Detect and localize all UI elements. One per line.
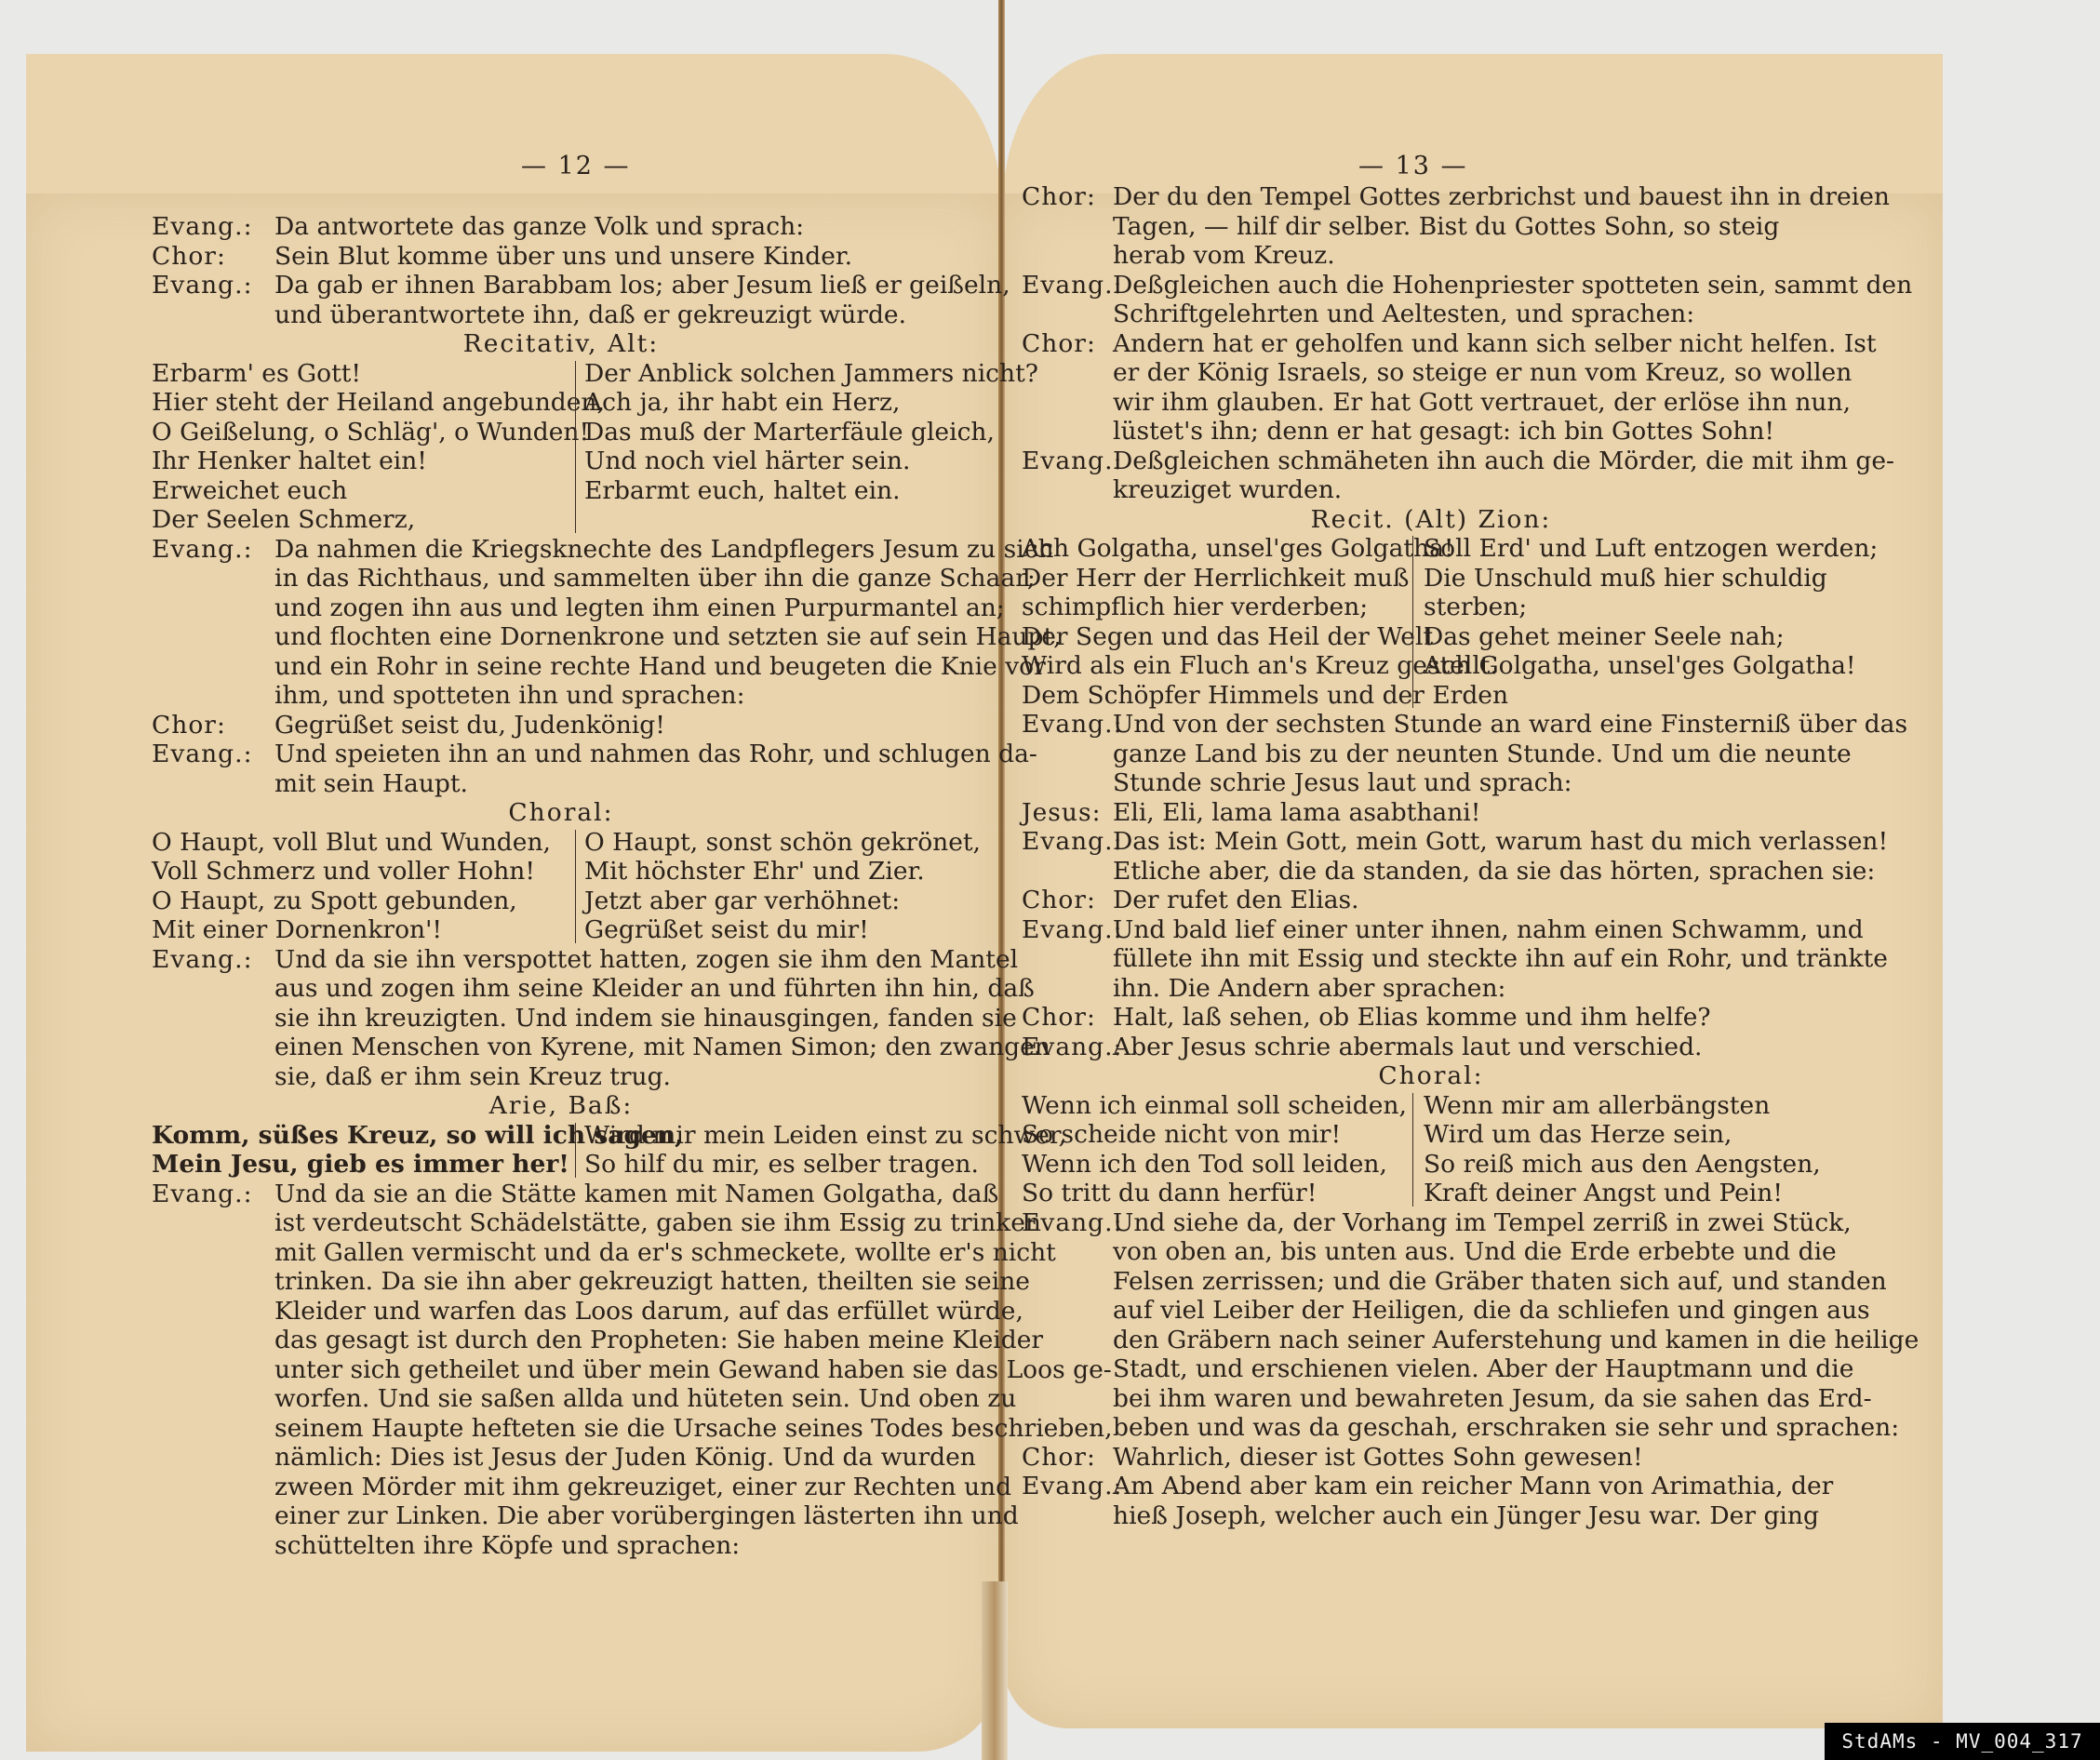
text-line: Evang.:Deßgleichen auch die Hohenprieste…	[1022, 271, 1840, 300]
two-column-verse: Ach Golgatha, unsel'ges Golgatha!Der Her…	[1022, 534, 1840, 710]
archive-watermark: StdAMs - MV_004_317	[1825, 1723, 2100, 1760]
line-text: Etliche aber, die da standen, da sie das…	[1113, 857, 1875, 887]
page-number-left: — 12 —	[521, 152, 631, 180]
section-heading: Recitativ, Alt:	[152, 329, 970, 359]
line-text: Und da sie an die Stätte kamen mit Namen…	[274, 1180, 998, 1209]
book-spine-bottom	[982, 1581, 1008, 1760]
text-line: zween Mörder mit ihm gekreuziget, einer …	[152, 1473, 970, 1502]
line-text: Das ist: Mein Gott, mein Gott, warum has…	[1113, 827, 1888, 857]
line-text: Aber Jesus schrie abermals laut und vers…	[1113, 1033, 1702, 1062]
verse-line: Mit höchster Ehr' und Zier.	[584, 857, 981, 887]
line-text: einen Menschen von Kyrene, mit Namen Sim…	[274, 1033, 1050, 1062]
text-line: beben und was da geschah, erschraken sie…	[1022, 1413, 1840, 1443]
text-line: Evang.:Und siehe da, der Vorhang im Temp…	[1022, 1208, 1840, 1238]
verse-left-column: Erbarm' es Gott!Hier steht der Heiland a…	[152, 359, 605, 535]
line-text: Wahrlich, dieser ist Gottes Sohn gewesen…	[1113, 1443, 1643, 1473]
column-divider	[575, 830, 576, 943]
line-text: Und speieten ihn an und nahmen das Rohr,…	[274, 740, 1037, 769]
verse-line: Dem Schöpfer Himmels und der Erden	[1022, 681, 1508, 711]
line-text: Und siehe da, der Vorhang im Tempel zerr…	[1113, 1208, 1852, 1238]
speaker-label: Evang.:	[1022, 447, 1123, 476]
line-text: aus und zogen ihm seine Kleider an und f…	[274, 974, 1035, 1004]
verse-line: Gegrüßet seist du mir!	[584, 915, 981, 945]
verse-line: Jetzt aber gar verhöhnet:	[584, 887, 981, 916]
verse-line: Der Seelen Schmerz,	[152, 505, 605, 535]
speaker-label: Jesus:	[1022, 798, 1102, 828]
text-line: ganze Land bis zu der neunten Stunde. Un…	[1022, 740, 1840, 769]
speaker-label: Evang.:	[1022, 827, 1123, 857]
text-line: seinem Haupte hefteten sie die Ursache s…	[152, 1414, 970, 1444]
line-text: Und von der sechsten Stunde an ward eine…	[1113, 710, 1907, 740]
text-line: Chor:Sein Blut komme über uns und unsere…	[152, 242, 970, 272]
speaker-label: Evang.:	[152, 212, 253, 242]
text-line: mit Gallen vermischt und da er's schmeck…	[152, 1238, 970, 1268]
line-text: Da antwortete das ganze Volk und sprach:	[274, 212, 804, 242]
text-line: sie, daß er ihm sein Kreuz trug.	[152, 1062, 970, 1092]
line-text: und flochten eine Dornenkrone und setzte…	[274, 622, 1062, 652]
line-text: ganze Land bis zu der neunten Stunde. Un…	[1113, 740, 1852, 769]
text-line: Schriftgelehrten und Aeltesten, und spra…	[1022, 300, 1840, 329]
line-text: und ein Rohr in seine rechte Hand und be…	[274, 652, 1046, 682]
two-column-verse: Erbarm' es Gott!Hier steht der Heiland a…	[152, 359, 970, 535]
text-line: und ein Rohr in seine rechte Hand und be…	[152, 652, 970, 682]
text-line: ihn. Die Andern aber sprachen:	[1022, 974, 1840, 1004]
text-line: Evang.:Aber Jesus schrie abermals laut u…	[1022, 1033, 1840, 1062]
text-line: Evang.:Am Abend aber kam ein reicher Man…	[1022, 1472, 1840, 1501]
line-text: füllete ihn mit Essig und steckte ihn au…	[1113, 944, 1888, 974]
verse-right-column: O Haupt, sonst schön gekrönet,Mit höchst…	[584, 828, 981, 945]
verse-left-column: O Haupt, voll Blut und Wunden,Voll Schme…	[152, 828, 551, 945]
text-line: unter sich getheilet und über mein Gewan…	[152, 1355, 970, 1385]
verse-line: Wenn ich den Tod soll leiden,	[1022, 1150, 1407, 1180]
text-line: Evang.:Da nahmen die Kriegsknechte des L…	[152, 535, 970, 565]
text-line: einer zur Linken. Die aber vorübergingen…	[152, 1501, 970, 1531]
line-text: ist verdeutscht Schädelstätte, gaben sie…	[274, 1208, 1041, 1238]
verse-line: Mit einer Dornenkron'!	[152, 915, 551, 945]
text-line: aus und zogen ihm seine Kleider an und f…	[152, 974, 970, 1004]
line-text: schüttelten ihre Köpfe und sprachen:	[274, 1531, 740, 1561]
line-text: wir ihm glauben. Er hat Gott vertrauet, …	[1113, 388, 1851, 418]
line-text: Felsen zerrissen; und die Gräber thaten …	[1113, 1267, 1887, 1297]
text-line: sie ihn kreuzigten. Und indem sie hinaus…	[152, 1004, 970, 1033]
speaker-label: Evang.:	[1022, 1208, 1123, 1238]
line-text: kreuziget wurden.	[1113, 475, 1342, 505]
text-line: ihm, und spotteten ihn und sprachen:	[152, 681, 970, 711]
text-line: Evang.:Und da sie ihn verspottet hatten,…	[152, 945, 970, 975]
speaker-label: Chor:	[1022, 1443, 1096, 1473]
speaker-label: Chor:	[152, 711, 226, 740]
text-line: wir ihm glauben. Er hat Gott vertrauet, …	[1022, 388, 1840, 418]
verse-line: Voll Schmerz und voller Hohn!	[152, 857, 551, 887]
line-text: worfen. Und sie saßen allda und hüteten …	[274, 1384, 1016, 1414]
text-line: mit sein Haupt.	[152, 769, 970, 799]
verse-line: Das gehet meiner Seele nah;	[1424, 622, 1878, 652]
right-page-text: Chor:Der du den Tempel Gottes zerbrichst…	[1022, 182, 1840, 1530]
text-line: den Gräbern nach seiner Auferstehung und…	[1022, 1326, 1840, 1355]
text-line: Kleider und warfen das Loos darum, auf d…	[152, 1297, 970, 1327]
speaker-label: Chor:	[1022, 182, 1096, 212]
text-line: und flochten eine Dornenkrone und setzte…	[152, 622, 970, 652]
text-line: Etliche aber, die da standen, da sie das…	[1022, 857, 1840, 887]
line-text: Stadt, und erschienen vielen. Aber der H…	[1113, 1354, 1853, 1384]
verse-line: Kraft deiner Angst und Pein!	[1424, 1179, 1821, 1208]
verse-line: sterben;	[1424, 593, 1878, 622]
section-heading: Choral:	[152, 798, 970, 828]
text-line: Evang.:Und von der sechsten Stunde an wa…	[1022, 710, 1840, 740]
verse-line: So scheide nicht von mir!	[1022, 1120, 1407, 1150]
speaker-label: Chor:	[1022, 329, 1096, 359]
text-line: herab vom Kreuz.	[1022, 241, 1840, 271]
speaker-label: Evang.:	[1022, 271, 1123, 300]
line-text: unter sich getheilet und über mein Gewan…	[274, 1355, 1112, 1385]
verse-line: Ach Golgatha, unsel'ges Golgatha!	[1424, 651, 1878, 681]
text-line: Chor:Der rufet den Elias.	[1022, 886, 1840, 915]
verse-line: Ach ja, ihr habt ein Herz,	[584, 388, 1038, 418]
line-text: Stunde schrie Jesus laut und sprach:	[1113, 768, 1572, 798]
speaker-label: Evang.:	[152, 271, 253, 300]
line-text: einer zur Linken. Die aber vorübergingen…	[274, 1501, 1019, 1531]
verse-line: O Haupt, voll Blut und Wunden,	[152, 828, 551, 858]
line-text: herab vom Kreuz.	[1113, 241, 1335, 271]
text-line: Evang.:Und speieten ihn an und nahmen da…	[152, 740, 970, 769]
line-text: von oben an, bis unten aus. Und die Erde…	[1113, 1237, 1837, 1267]
verse-line: Ihr Henker haltet ein!	[152, 447, 605, 476]
verse-line: Erbarm' es Gott!	[152, 359, 605, 389]
text-line: Evang.:Das ist: Mein Gott, mein Gott, wa…	[1022, 827, 1840, 857]
text-line: und überantwortete ihn, daß er gekreuzig…	[152, 300, 970, 330]
verse-line: O Haupt, zu Spott gebunden,	[152, 887, 551, 916]
right-page-top-curl	[1003, 54, 1943, 203]
text-line: ist verdeutscht Schädelstätte, gaben sie…	[152, 1208, 970, 1238]
line-text: Da nahmen die Kriegsknechte des Landpfle…	[274, 535, 1054, 565]
speaker-label: Evang.:	[1022, 1472, 1123, 1501]
line-text: seinem Haupte hefteten sie die Ursache s…	[274, 1414, 1113, 1444]
text-line: Stadt, und erschienen vielen. Aber der H…	[1022, 1354, 1840, 1384]
speaker-label: Evang.:	[1022, 710, 1123, 740]
verse-line: Und noch viel härter sein.	[584, 447, 1038, 476]
line-text: Gegrüßet seist du, Judenkönig!	[274, 711, 665, 740]
line-text: lüstet's ihn; denn er hat gesagt: ich bi…	[1113, 417, 1774, 447]
line-text: Deßgleichen auch die Hohenpriester spott…	[1113, 271, 1912, 300]
text-line: Evang.:Da gab er ihnen Barabbam los; abe…	[152, 271, 970, 300]
text-line: füllete ihn mit Essig und steckte ihn au…	[1022, 944, 1840, 974]
verse-line: Soll Erd' und Luft entzogen werden;	[1424, 534, 1878, 564]
verse-line: Der Anblick solchen Jammers nicht?	[584, 359, 1038, 389]
left-page-top-curl	[26, 54, 1001, 203]
left-page-text: Evang.:Da antwortete das ganze Volk und …	[152, 212, 970, 1560]
text-line: das gesagt ist durch den Propheten: Sie …	[152, 1326, 970, 1355]
verse-line: So hilf du mir, es selber tragen.	[584, 1150, 1066, 1180]
text-line: er der König Israels, so steige er nun v…	[1022, 358, 1840, 388]
verse-line: Erbarmt euch, haltet ein.	[584, 476, 1038, 506]
text-line: Jesus:Eli, Eli, lama lama asabthani!	[1022, 798, 1840, 828]
text-line: Evang.:Da antwortete das ganze Volk und …	[152, 212, 970, 242]
text-line: Evang.:Deßgleichen schmäheten ihn auch d…	[1022, 447, 1840, 476]
verse-line: Hier steht der Heiland angebunden,	[152, 388, 605, 418]
verse-right-column: Der Anblick solchen Jammers nicht?Ach ja…	[584, 359, 1038, 506]
verse-right-column: Soll Erd' und Luft entzogen werden;Die U…	[1424, 534, 1878, 681]
line-text: sie ihn kreuzigten. Und indem sie hinaus…	[274, 1004, 1017, 1033]
line-text: auf viel Leiber der Heiligen, die da sch…	[1113, 1296, 1870, 1326]
section-heading: Arie, Baß:	[152, 1091, 970, 1121]
column-divider	[575, 1123, 576, 1178]
two-column-verse: Komm, süßes Kreuz, so will ich sagen,Mei…	[152, 1121, 970, 1180]
line-text: beben und was da geschah, erschraken sie…	[1113, 1413, 1899, 1443]
line-text: Da gab er ihnen Barabbam los; aber Jesum…	[274, 271, 1010, 300]
speaker-label: Chor:	[1022, 1003, 1096, 1033]
text-line: einen Menschen von Kyrene, mit Namen Sim…	[152, 1033, 970, 1062]
verse-line: Wenn mir am allerbängsten	[1424, 1091, 1821, 1121]
line-text: nämlich: Dies ist Jesus der Juden König.…	[274, 1443, 976, 1473]
verse-right-column: Wenn mir am allerbängstenWird um das Her…	[1424, 1091, 1821, 1208]
text-line: schüttelten ihre Köpfe und sprachen:	[152, 1531, 970, 1561]
line-text: ihn. Die Andern aber sprachen:	[1113, 974, 1505, 1004]
verse-line: Das muß der Marterfäule gleich,	[584, 418, 1038, 447]
text-line: Chor:Der du den Tempel Gottes zerbrichst…	[1022, 182, 1840, 212]
line-text: Kleider und warfen das Loos darum, auf d…	[274, 1297, 1023, 1327]
speaker-label: Evang.:	[152, 535, 253, 565]
line-text: hieß Joseph, welcher auch ein Jünger Jes…	[1113, 1501, 1819, 1531]
verse-line: So reiß mich aus den Aengsten,	[1424, 1150, 1821, 1180]
line-text: Und da sie ihn verspottet hatten, zogen …	[274, 945, 1018, 975]
page-number-right: — 13 —	[1358, 152, 1468, 180]
text-line: worfen. Und sie saßen allda und hüteten …	[152, 1384, 970, 1414]
line-text: Schriftgelehrten und Aeltesten, und spra…	[1113, 300, 1694, 329]
line-text: er der König Israels, so steige er nun v…	[1113, 358, 1852, 388]
speaker-label: Evang.:	[152, 740, 253, 769]
line-text: mit Gallen vermischt und da er's schmeck…	[274, 1238, 1056, 1268]
line-text: Halt, laß sehen, ob Elias komme und ihm …	[1113, 1003, 1711, 1033]
line-text: Eli, Eli, lama lama asabthani!	[1113, 798, 1480, 828]
line-text: Am Abend aber kam ein reicher Mann von A…	[1113, 1472, 1833, 1501]
line-text: Der du den Tempel Gottes zerbrichst und …	[1113, 182, 1890, 212]
two-column-verse: Wenn ich einmal soll scheiden,So scheide…	[1022, 1091, 1840, 1208]
two-column-verse: O Haupt, voll Blut und Wunden,Voll Schme…	[152, 828, 970, 945]
text-line: und zogen ihn aus und legten ihm einen P…	[152, 593, 970, 623]
text-line: in das Richthaus, und sammelten über ihn…	[152, 564, 970, 593]
line-text: Andern hat er geholfen und kann sich sel…	[1113, 329, 1877, 359]
speaker-label: Chor:	[152, 242, 226, 272]
line-text: und zogen ihn aus und legten ihm einen P…	[274, 593, 1005, 623]
speaker-label: Chor:	[1022, 886, 1096, 915]
column-divider	[1412, 536, 1413, 708]
text-line: Chor:Gegrüßet seist du, Judenkönig!	[152, 711, 970, 740]
verse-right-column: Wird mir mein Leiden einst zu schwer,So …	[584, 1121, 1066, 1180]
verse-line: Wird um das Herze sein,	[1424, 1120, 1821, 1150]
line-text: den Gräbern nach seiner Auferstehung und…	[1113, 1326, 1919, 1355]
text-line: Evang.:Und bald lief einer unter ihnen, …	[1022, 915, 1840, 945]
text-line: Felsen zerrissen; und die Gräber thaten …	[1022, 1267, 1840, 1297]
line-text: ihm, und spotteten ihn und sprachen:	[274, 681, 745, 711]
speaker-label: Evang.:	[152, 945, 253, 975]
text-line: Chor:Wahrlich, dieser ist Gottes Sohn ge…	[1022, 1443, 1840, 1473]
line-text: Tagen, — hilf dir selber. Bist du Gottes…	[1113, 212, 1779, 242]
verse-line: Wird mir mein Leiden einst zu schwer,	[584, 1121, 1066, 1151]
verse-left-column: Wenn ich einmal soll scheiden,So scheide…	[1022, 1091, 1407, 1208]
line-text: sie, daß er ihm sein Kreuz trug.	[274, 1062, 671, 1092]
speaker-label: Evang.:	[1022, 915, 1123, 945]
text-line: Evang.:Und da sie an die Stätte kamen mi…	[152, 1180, 970, 1209]
section-heading: Recit. (Alt) Zion:	[1022, 505, 1840, 535]
verse-line: Die Unschuld muß hier schuldig	[1424, 564, 1878, 593]
line-text: Und bald lief einer unter ihnen, nahm ei…	[1113, 915, 1864, 945]
line-text: Sein Blut komme über uns und unsere Kind…	[274, 242, 852, 272]
verse-line: Erweichet euch	[152, 476, 605, 506]
line-text: zween Mörder mit ihm gekreuziget, einer …	[274, 1473, 1011, 1502]
text-line: trinken. Da sie ihn aber gekreuzigt hatt…	[152, 1267, 970, 1297]
line-text: Deßgleichen schmäheten ihn auch die Mörd…	[1113, 447, 1894, 476]
column-divider	[575, 361, 576, 533]
text-line: von oben an, bis unten aus. Und die Erde…	[1022, 1237, 1840, 1267]
speaker-label: Evang.:	[1022, 1033, 1123, 1062]
text-line: nämlich: Dies ist Jesus der Juden König.…	[152, 1443, 970, 1473]
section-heading: Choral:	[1022, 1061, 1840, 1091]
text-line: Tagen, — hilf dir selber. Bist du Gottes…	[1022, 212, 1840, 242]
line-text: Der rufet den Elias.	[1113, 886, 1359, 915]
text-line: hieß Joseph, welcher auch ein Jünger Jes…	[1022, 1501, 1840, 1531]
text-line: Chor:Halt, laß sehen, ob Elias komme und…	[1022, 1003, 1840, 1033]
line-text: mit sein Haupt.	[274, 769, 468, 799]
verse-line: O Geißelung, o Schläg', o Wunden!	[152, 418, 605, 447]
column-divider	[1412, 1093, 1413, 1207]
verse-line: Wenn ich einmal soll scheiden,	[1022, 1091, 1407, 1121]
text-line: Chor:Andern hat er geholfen und kann sic…	[1022, 329, 1840, 359]
text-line: Stunde schrie Jesus laut und sprach:	[1022, 768, 1840, 798]
text-line: bei ihm waren und bewahreten Jesum, da s…	[1022, 1384, 1840, 1414]
line-text: trinken. Da sie ihn aber gekreuzigt hatt…	[274, 1267, 1030, 1297]
text-line: auf viel Leiber der Heiligen, die da sch…	[1022, 1296, 1840, 1326]
line-text: in das Richthaus, und sammelten über ihn…	[274, 564, 1036, 593]
speaker-label: Evang.:	[152, 1180, 253, 1209]
verse-line: O Haupt, sonst schön gekrönet,	[584, 828, 981, 858]
text-line: kreuziget wurden.	[1022, 475, 1840, 505]
line-text: und überantwortete ihn, daß er gekreuzig…	[274, 300, 906, 330]
line-text: bei ihm waren und bewahreten Jesum, da s…	[1113, 1384, 1872, 1414]
verse-line: So tritt du dann herfür!	[1022, 1179, 1407, 1208]
line-text: das gesagt ist durch den Propheten: Sie …	[274, 1326, 1043, 1355]
text-line: lüstet's ihn; denn er hat gesagt: ich bi…	[1022, 417, 1840, 447]
